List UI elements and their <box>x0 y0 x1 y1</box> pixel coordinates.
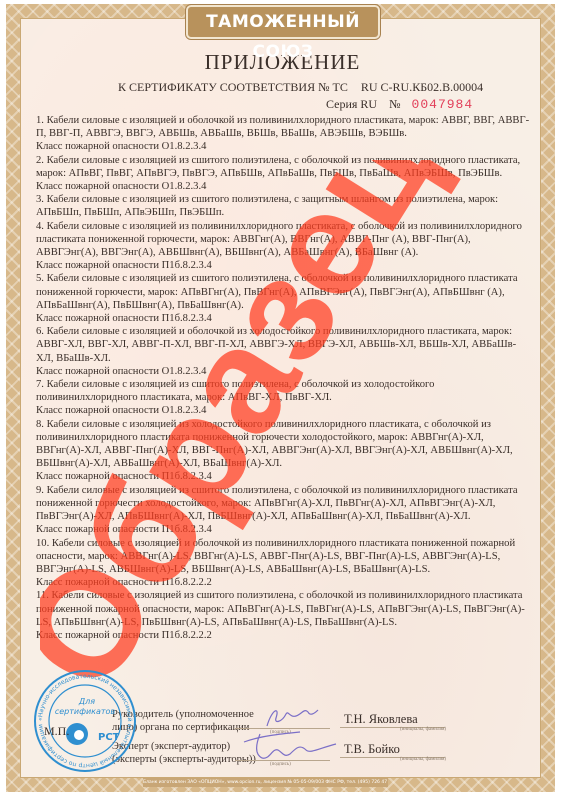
certificate-reference: К СЕРТИФИКАТУ СООТВЕТСТВИЯ № ТС RU C-RU.… <box>118 80 483 95</box>
fire-hazard-class: Класс пожарной опасности П1б.8.2.3.4 <box>36 523 530 536</box>
cable-item: 3. Кабели силовые с изоляцией из сшитого… <box>36 193 530 219</box>
cable-item: 4. Кабели силовые с изоляцией из поливин… <box>36 220 530 260</box>
expert-signature <box>240 728 340 764</box>
fire-hazard-class: Класс пожарной опасности О1.8.2.3.4 <box>36 404 530 417</box>
cable-item: 10. Кабели силовые с изоляцией и оболочк… <box>36 537 530 577</box>
certification-stamp: «Научно-исследовательский независимый ис… <box>32 668 138 774</box>
svg-text:РСТ: РСТ <box>98 732 120 743</box>
fire-hazard-class: Класс пожарной опасности П1б.8.2.3.4 <box>36 259 530 272</box>
fire-hazard-class: Класс пожарной опасности П1б.8.2.2.2 <box>36 576 530 589</box>
svg-text:Для: Для <box>78 697 95 706</box>
svg-text:сертификатов: сертификатов <box>55 707 116 716</box>
form-number: 0047984 <box>412 97 474 112</box>
printer-footer: Бланк изготовлен ЗАО «ОПЦИОН», www.opcio… <box>143 778 388 787</box>
cable-item: 9. Кабели силовые с изоляцией из сшитого… <box>36 484 530 524</box>
seal-place-label: М.П. <box>44 724 69 739</box>
fire-hazard-class: Класс пожарной опасности О1.8.2.3.4 <box>36 180 530 193</box>
cable-item: 5. Кабели силовые с изоляцией из сшитого… <box>36 272 530 312</box>
fire-hazard-class: Класс пожарной опасности П1б.8.2.3.4 <box>36 470 530 483</box>
series-value: RU <box>360 97 377 111</box>
series-line: Серия RU № 0047984 <box>326 97 473 112</box>
cable-item: 6. Кабели силовые с изоляцией и оболочко… <box>36 325 530 365</box>
expert-name: Т.В. Бойко <box>344 742 400 757</box>
number-label: № <box>389 97 400 111</box>
expert-name-caption: (инициалы, фамилия) <box>400 757 446 762</box>
cable-item: 7. Кабели силовые с изоляцией из сшитого… <box>36 378 530 404</box>
fire-hazard-class: Класс пожарной опасности О1.8.2.3.4 <box>36 140 530 153</box>
cable-item: 2. Кабели силовые с изоляцией из сшитого… <box>36 154 530 180</box>
cable-item: 1. Кабели силовые с изоляцией и оболочко… <box>36 114 530 140</box>
customs-union-badge: ТАМОЖЕННЫЙ СОЮЗ <box>186 5 380 39</box>
certificate-number: RU C-RU.КБ02.B.00004 <box>361 80 483 94</box>
series-label: Серия <box>326 97 357 111</box>
head-name-caption: (инициалы, фамилия) <box>400 727 446 732</box>
cable-list: 1. Кабели силовые с изоляцией и оболочко… <box>36 114 530 642</box>
fire-hazard-class: Класс пожарной опасности О1.8.2.3.4 <box>36 365 530 378</box>
fire-hazard-class: Класс пожарной опасности П1б.8.2.3.4 <box>36 312 530 325</box>
cable-item: 11. Кабели силовые с изоляцией из сшитог… <box>36 589 530 629</box>
head-name: Т.Н. Яковлева <box>344 712 418 727</box>
certificate-label: К СЕРТИФИКАТУ СООТВЕТСТВИЯ № ТС <box>118 80 348 94</box>
cable-item: 8. Кабели силовые с изоляцией из холодос… <box>36 418 530 471</box>
fire-hazard-class: Класс пожарной опасности П1б.8.2.2.2 <box>36 629 530 642</box>
